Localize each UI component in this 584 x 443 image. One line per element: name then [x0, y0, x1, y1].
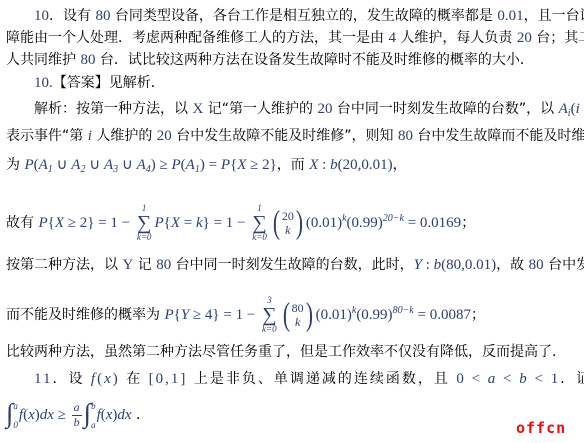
math-run: 80 [156, 257, 171, 273]
text-run: 台．试比较这两种方法在设备发生故障时不能及时维修的概率的大小． [95, 52, 533, 68]
text-run: 按第二种方法，以 [6, 257, 122, 273]
math-part: a [72, 401, 82, 416]
solution-line-2: 表示事件“第 i 人维护的 20 台中发生故障不能及时维修”，则知 80 台中发… [6, 126, 584, 146]
problem-10-answer-line: 10.【答案】见解析． [34, 73, 165, 93]
solution-line-4-formula: 故有 P{X ≥ 2} = 1 − 1∑k=0P{X = k} = 1 − 1∑… [6, 197, 475, 245]
math-run: 10. [34, 75, 53, 91]
math-run: X [55, 215, 64, 231]
math-run: dx [40, 407, 54, 423]
math-run: b [330, 157, 338, 173]
text-run: 解析：按第一种方法，以 [34, 101, 192, 117]
summation-symbol: 3∑k=0 [262, 296, 277, 334]
math-run: ∪ [118, 157, 136, 173]
math-run: P [221, 157, 230, 173]
math-run: A [559, 101, 568, 117]
solution-line-7: 比较两种方法，虽然第二种方法尽管任务重了，但是工作效率不仅没有降低，反而提高了． [6, 342, 566, 362]
text-run: 上是非负、单调递减的连续函数，且 [187, 371, 456, 387]
text-run: ．设有 [49, 8, 95, 24]
math-run: (0.01) [316, 307, 352, 323]
math-run: dx [117, 407, 131, 423]
document-page: 10．设有 80 台同类型设备，各台工作是相互独立的，发生故障的概率都是 0.0… [0, 0, 584, 443]
math-part: b [74, 416, 80, 430]
math-part: a [91, 421, 96, 430]
text-run: 表示事件“第 [6, 128, 88, 144]
math-run: [0,1] [149, 371, 188, 387]
summation-symbol: 1∑k=0 [137, 204, 152, 242]
math-run: < 1 [529, 371, 560, 387]
integral-limits: ba [91, 400, 96, 431]
offcn-logo: offcn [516, 419, 566, 437]
text-run: 而不能及时维修的概率为 [6, 307, 164, 323]
text-run: 台同类型设备，各台工作是相互独立的，发生故障的概率都是 [110, 8, 497, 24]
text-run: 台；其二是由 [532, 30, 584, 46]
summation-symbol: 1∑k=0 [252, 204, 267, 242]
math-run: Y [181, 307, 189, 323]
math-run: P [164, 307, 173, 323]
math-run: A [39, 157, 48, 173]
math-run: P [38, 215, 47, 231]
text-run: 人维护，每人负责 [396, 30, 517, 46]
text-run: 台中同一时刻发生故障的台数，此时， [171, 257, 413, 273]
math-run: 80 [95, 8, 110, 24]
text-run: ； [471, 307, 485, 323]
text-run: 台中发生故障 [544, 257, 584, 273]
text-run: 障能由一个人处理．考虑两种配备维修工人的方法，其一是由 [6, 30, 388, 46]
math-run: X [237, 157, 246, 173]
math-run: b [519, 371, 529, 387]
sigma-glyph: ∑ [262, 305, 276, 325]
math-run: = [180, 215, 196, 231]
integral-glyph: ∫ [84, 400, 91, 431]
math-run: 20 [317, 101, 332, 117]
integral-limits: a0 [13, 400, 18, 431]
solution-line-6-formula: 而不能及时维修的概率为 P{Y ≥ 4} = 1 − 3∑k=0(80k)(0.… [6, 289, 485, 337]
math-run: = 0.0087 [414, 307, 471, 323]
math-run: A [104, 157, 113, 173]
math-run: ) ≥ [151, 157, 172, 173]
math-run: (0.01) [306, 215, 342, 231]
text-run: ； [461, 215, 475, 231]
problem-11-statement: 11．设 f(x) 在 [0,1] 上是非负、单调递减的连续函数，且 0 < a… [34, 369, 584, 389]
binomial-stack: 20k [282, 210, 294, 236]
math-run: ≥ 2} = 1 − [64, 215, 134, 231]
math-run: P [154, 215, 163, 231]
text-run: 台中发生故障而不能及时维修的概率 [413, 128, 584, 144]
text-run: ，且一台设备的故 [524, 8, 584, 24]
math-run: 80 [398, 128, 413, 144]
math-run: ≥ 2} [246, 157, 276, 173]
math-run: ∪ [53, 157, 71, 173]
text-run: ． [132, 407, 150, 423]
math-run: 80−k [393, 305, 414, 316]
text-run: 记 [133, 257, 156, 273]
binomial-coefficient: (80k) [281, 299, 315, 332]
math-run: 80 [80, 52, 95, 68]
left-paren: ( [273, 207, 280, 240]
math-run: (0.99) [347, 215, 383, 231]
text-run: 人维护的 [92, 128, 157, 144]
problem-10-statement-line-3: 人共同维护 80 台．试比较这两种方法在设备发生故障时不能及时维修的概率的大小． [6, 50, 534, 70]
text-run: ．证明： [560, 371, 584, 387]
math-run: Y [414, 257, 422, 273]
math-run: (0.99) [356, 307, 392, 323]
math-run: 20 [157, 128, 172, 144]
math-run: 11 [34, 371, 52, 387]
math-run: 20−k [383, 213, 404, 224]
text-run: 【答案】见解析． [53, 75, 165, 91]
math-run: 20 [517, 30, 532, 46]
integral-glyph: ∫ [6, 400, 13, 431]
math-run: { [48, 215, 55, 231]
math-run: ∪ [85, 157, 103, 173]
sigma-glyph: ∑ [252, 213, 266, 233]
left-paren: ( [283, 299, 290, 332]
text-run: ，而 [277, 157, 309, 173]
math-run: 80 [529, 257, 544, 273]
math-run: X [192, 101, 203, 117]
math-part: 20 [282, 210, 294, 222]
math-run: 4 [388, 30, 396, 46]
math-part: k=0 [137, 233, 152, 242]
solution-line-1: 解析：按第一种方法，以 X 记“第一人维护的 20 台中同一时刻发生故障的台数”… [34, 99, 584, 124]
math-part: k [295, 316, 300, 328]
math-run: ) [113, 371, 120, 387]
math-part: 0 [13, 421, 18, 430]
integral-symbol: ∫ba [84, 400, 96, 431]
text-run: 为 [6, 157, 24, 173]
math-part: k=0 [262, 325, 277, 334]
math-run: P [24, 157, 33, 173]
math-run: (20,0.01) [338, 157, 393, 173]
text-run: 在 [120, 371, 149, 387]
text-run: ，故 [496, 257, 528, 273]
text-run: 故有 [6, 215, 38, 231]
math-run: ≥ 4} = 1 − [189, 307, 259, 323]
math-run: { [164, 215, 171, 231]
sigma-glyph: ∑ [137, 213, 151, 233]
math-run: { [174, 307, 181, 323]
math-run: < [497, 371, 519, 387]
math-run: 0.01 [497, 8, 523, 24]
text-run: 台中发生故障不能及时维修”，则知 [172, 128, 398, 144]
problem-10-statement-line-2: 障能由一个人处理．考虑两种配备维修工人的方法，其一是由 4 人维护，每人负责 2… [6, 28, 584, 48]
math-run: 10 [34, 8, 49, 24]
math-run: P [172, 157, 181, 173]
binomial-stack: 80k [292, 302, 304, 328]
text-run: 记“第一人维护的 [203, 101, 317, 117]
math-run: A [186, 157, 195, 173]
right-paren: ) [296, 207, 303, 240]
problem-10-statement-line-1: 10．设有 80 台同类型设备，各台工作是相互独立的，发生故障的概率都是 0.0… [34, 6, 584, 26]
math-run: = 0.0169 [404, 215, 461, 231]
math-part: 80 [292, 302, 304, 314]
math-run: = 1,2,3,4) [580, 101, 584, 117]
math-part: a [13, 402, 18, 411]
math-run: X [171, 215, 180, 231]
math-part: k=0 [252, 233, 267, 242]
math-run: } = 1 − [203, 215, 250, 231]
math-part: k [285, 224, 290, 236]
math-run: ) = [200, 157, 221, 173]
math-run: ≥ [54, 407, 70, 423]
text-run: 人共同维护 [6, 52, 80, 68]
fraction: ab [72, 401, 82, 430]
math-run: 0 < [456, 371, 487, 387]
text-run: ， [393, 157, 407, 173]
math-run: x [28, 407, 35, 423]
math-run: A [137, 157, 146, 173]
math-run: (80,0.01) [441, 257, 496, 273]
math-run: x [104, 371, 113, 387]
text-run: 比较两种方法，虽然第二种方法尽管任务重了，但是工作效率不仅没有降低，反而提高了． [6, 344, 566, 360]
text-run: ．设 [52, 371, 90, 387]
text-run: 台中同一时刻发生故障的台数”，以 [332, 101, 558, 117]
math-run: k [196, 215, 203, 231]
solution-line-3: 为 P(A1 ∪ A2 ∪ A3 ∪ A4) ≥ P(A1) = P{X ≥ 2… [6, 155, 407, 180]
integral-symbol: ∫a0 [6, 400, 18, 431]
solution-line-5: 按第二种方法，以 Y 记 80 台中同一时刻发生故障的台数，此时，Y : b(8… [6, 255, 584, 275]
math-run: : [318, 157, 330, 173]
math-run: Y [122, 257, 133, 273]
binomial-coefficient: (20k) [271, 207, 305, 240]
math-run: : [422, 257, 434, 273]
right-paren: ) [306, 299, 313, 332]
math-part: b [91, 402, 96, 411]
problem-11-formula: ∫a0f(x)dx ≥ ab∫baf(x)dx ． [6, 393, 150, 437]
math-run: a [488, 371, 498, 387]
